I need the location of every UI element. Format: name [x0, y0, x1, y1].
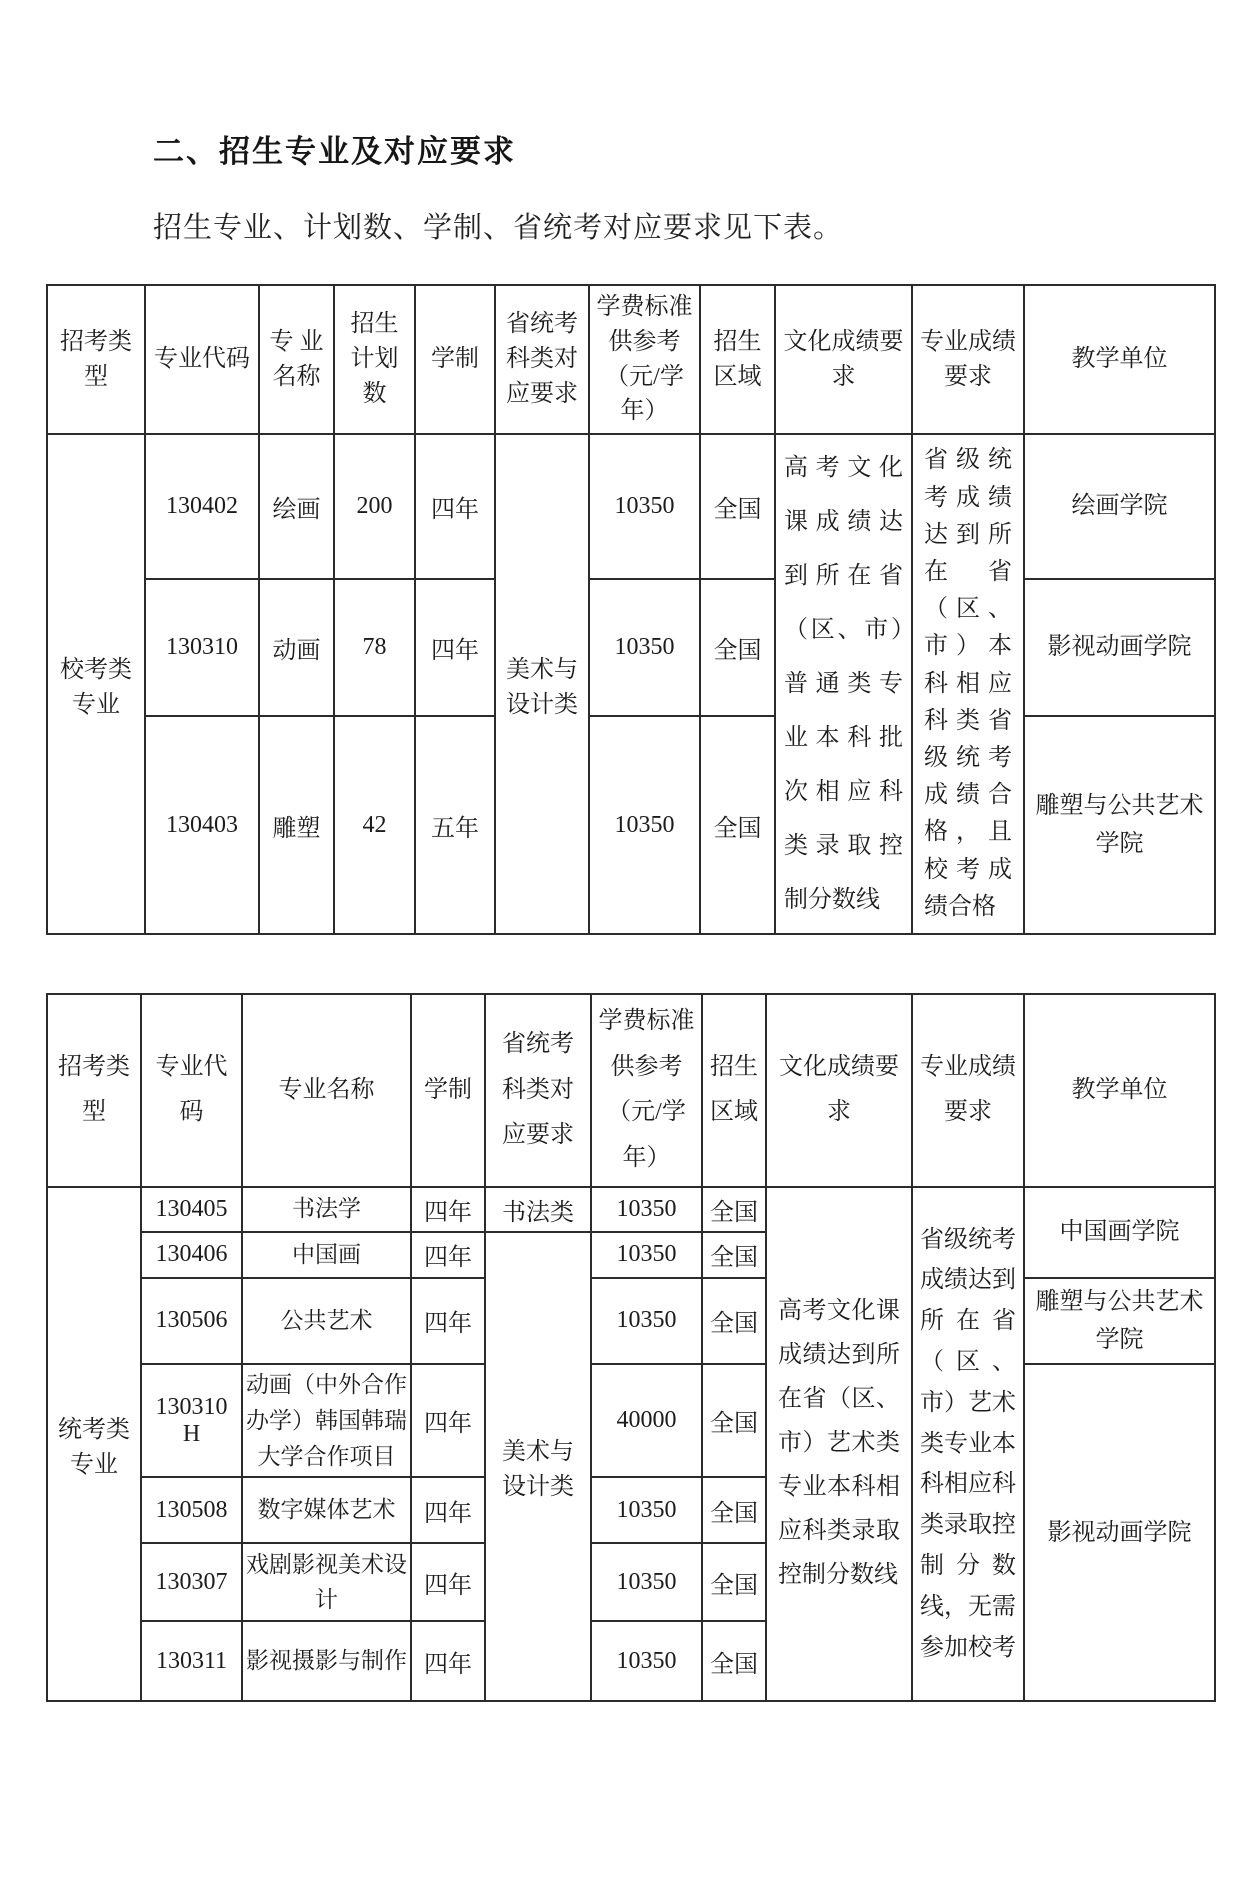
t2-cell-major-name: 戏剧影视美术设计	[242, 1543, 411, 1621]
t2-cell-major-name: 数字媒体艺术	[242, 1477, 411, 1543]
t1-cell-fee: 10350	[589, 716, 700, 934]
t1-cell-teaching-unit: 影视动画学院	[1024, 579, 1215, 716]
t1-cell-major-name: 绘画	[259, 434, 334, 578]
t2-cell-major-requirement: 省级统考成绩达到所在省（区、市）艺术类专业本科相应科类录取控制分数线，无需参加校…	[912, 1187, 1024, 1702]
t1-header-exam-type: 招考类型	[47, 285, 145, 434]
t2-cell-region: 全国	[702, 1232, 766, 1278]
t1-cell-culture-requirement: 高考文化课成绩达到所在省（区、市）普通类专业本科批次相应科类录取控制分数线	[775, 434, 912, 934]
t1-header-provincial-exam-category: 省统考科类对应要求	[495, 285, 589, 434]
t2-cell-major-code: 130508	[141, 1477, 242, 1543]
t2-cell-region: 全国	[702, 1187, 766, 1232]
t2-cell-major-code: 130506	[141, 1278, 242, 1365]
t1-cell-fee: 10350	[589, 434, 700, 578]
t2-cell-calligraphy-category: 书法类	[485, 1187, 591, 1232]
t1-cell-fee: 10350	[589, 579, 700, 716]
t1-header-region: 招生区域	[700, 285, 775, 434]
t2-cell-duration: 四年	[411, 1477, 485, 1543]
t2-cell-fee: 10350	[591, 1543, 702, 1621]
t1-header-major-code: 专业代码	[145, 285, 259, 434]
t1-cell-major-code: 130402	[145, 434, 259, 578]
t2-header-exam-type: 招考类型	[47, 994, 141, 1186]
t1-header-major-score-req: 专业成绩要求	[912, 285, 1024, 434]
t1-header-enrollment-plan: 招生计划数	[334, 285, 415, 434]
t1-cell-region: 全国	[700, 716, 775, 934]
t1-header-duration: 学制	[415, 285, 495, 434]
t1-cell-major-name: 动画	[259, 579, 334, 716]
t2-row-animation-joint: 130310H 动画（中外合作办学）韩国韩瑞大学合作项目 四年 40000 全国…	[47, 1364, 1215, 1477]
t2-header-major-score-req: 专业成绩要求	[912, 994, 1024, 1186]
t1-cell-major-name: 雕塑	[259, 716, 334, 934]
t2-cell-region: 全国	[702, 1278, 766, 1365]
t2-cell-fee: 10350	[591, 1477, 702, 1543]
t2-header-region: 招生区域	[702, 994, 766, 1186]
t2-cell-major-name: 动画（中外合作办学）韩国韩瑞大学合作项目	[242, 1364, 411, 1477]
t1-header-culture-score-req: 文化成绩要求	[775, 285, 912, 434]
t2-cell-art-design-category: 美术与设计类	[485, 1232, 591, 1702]
t1-cell-major-code: 130403	[145, 716, 259, 934]
t1-header-teaching-unit: 教学单位	[1024, 285, 1215, 434]
t2-cell-major-code: 130405	[141, 1187, 242, 1232]
t2-cell-region: 全国	[702, 1364, 766, 1477]
t2-cell-fee: 10350	[591, 1621, 702, 1701]
t1-cell-major-code: 130310	[145, 579, 259, 716]
t2-header-duration: 学制	[411, 994, 485, 1186]
t2-cell-duration: 四年	[411, 1232, 485, 1278]
t2-cell-duration: 四年	[411, 1543, 485, 1621]
t2-cell-major-code: 130307	[141, 1543, 242, 1621]
t1-cell-duration: 四年	[415, 434, 495, 578]
t1-row-sculpture: 130403 雕塑 42 五年 10350 全国 雕塑与公共艺术学院	[47, 716, 1215, 934]
t1-cell-plan: 42	[334, 716, 415, 934]
t2-header-tuition: 学费标准供参考（元/学年）	[591, 994, 702, 1186]
t1-cell-teaching-unit: 绘画学院	[1024, 434, 1215, 578]
t2-cell-teaching-unit: 中国画学院	[1024, 1187, 1215, 1278]
t2-cell-region: 全国	[702, 1477, 766, 1543]
t2-cell-major-name: 中国画	[242, 1232, 411, 1278]
t1-cell-plan: 200	[334, 434, 415, 578]
t2-cell-major-code: 130406	[141, 1232, 242, 1278]
t2-cell-fee: 10350	[591, 1278, 702, 1365]
t1-cell-major-requirement: 省级统考成绩达到所在省（区、市）本科相应科类省级统考成绩合格，且校考成绩合格	[912, 434, 1024, 934]
t1-cell-region: 全国	[700, 434, 775, 578]
t1-header-tuition: 学费标准供参考（元/学年）	[589, 285, 700, 434]
t2-cell-major-code: 130311	[141, 1621, 242, 1701]
t1-cell-region: 全国	[700, 579, 775, 716]
page-title: 二、招生专业及对应要求	[153, 126, 1240, 171]
t2-header-culture-score-req: 文化成绩要求	[766, 994, 912, 1186]
t1-header-row: 招考类型 专业代码 专 业 名称 招生计划数 学制 省统考科类对应要求 学费标准…	[47, 285, 1215, 434]
t2-cell-teaching-unit: 影视动画学院	[1024, 1364, 1215, 1701]
t2-header-major-name: 专业名称	[242, 994, 411, 1186]
t1-cell-subject-category: 美术与设计类	[495, 434, 589, 934]
t2-cell-region: 全国	[702, 1543, 766, 1621]
t2-row-public-art: 130506 公共艺术 四年 10350 全国 雕塑与公共艺术学院	[47, 1278, 1215, 1365]
t2-row-calligraphy: 统考类专业 130405 书法学 四年 书法类 10350 全国 高考文化课成绩…	[47, 1187, 1215, 1232]
t2-cell-fee: 10350	[591, 1187, 702, 1232]
t2-cell-major-name: 公共艺术	[242, 1278, 411, 1365]
t2-cell-culture-requirement: 高考文化课成绩达到所在省（区、市）艺术类专业本科相应科类录取控制分数线	[766, 1187, 912, 1702]
t1-cell-plan: 78	[334, 579, 415, 716]
t1-row-painting: 校考类专业 130402 绘画 200 四年 美术与设计类 10350 全国 高…	[47, 434, 1215, 578]
t2-cell-duration: 四年	[411, 1621, 485, 1701]
t2-cell-duration: 四年	[411, 1278, 485, 1365]
t1-cell-duration: 四年	[415, 579, 495, 716]
t2-cell-fee: 40000	[591, 1364, 702, 1477]
page-subtitle: 招生专业、计划数、学制、省统考对应要求见下表。	[153, 205, 1240, 246]
t1-cell-teaching-unit: 雕塑与公共艺术学院	[1024, 716, 1215, 934]
campus-exam-majors-table: 招考类型 专业代码 专 业 名称 招生计划数 学制 省统考科类对应要求 学费标准…	[46, 284, 1216, 935]
t1-cell-duration: 五年	[415, 716, 495, 934]
t1-row-animation: 130310 动画 78 四年 10350 全国 影视动画学院	[47, 579, 1215, 716]
t1-header-major-name: 专 业 名称	[259, 285, 334, 434]
t2-cell-exam-type-category: 统考类专业	[47, 1187, 141, 1702]
t2-cell-duration: 四年	[411, 1187, 485, 1232]
t2-cell-region: 全国	[702, 1621, 766, 1701]
t2-cell-duration: 四年	[411, 1364, 485, 1477]
t2-header-teaching-unit: 教学单位	[1024, 994, 1215, 1186]
unified-exam-majors-table: 招考类型 专业代码 专业名称 学制 省统考科类对应要求 学费标准供参考（元/学年…	[46, 993, 1216, 1702]
t2-header-row: 招考类型 专业代码 专业名称 学制 省统考科类对应要求 学费标准供参考（元/学年…	[47, 994, 1215, 1186]
t2-cell-major-name: 影视摄影与制作	[242, 1621, 411, 1701]
t2-cell-major-name: 书法学	[242, 1187, 411, 1232]
t2-header-major-code: 专业代码	[141, 994, 242, 1186]
t1-cell-exam-type-category: 校考类专业	[47, 434, 145, 934]
t2-cell-teaching-unit: 雕塑与公共艺术学院	[1024, 1278, 1215, 1365]
t2-cell-fee: 10350	[591, 1232, 702, 1278]
t2-header-provincial-exam-category: 省统考科类对应要求	[485, 994, 591, 1186]
t2-cell-major-code: 130310H	[141, 1364, 242, 1477]
